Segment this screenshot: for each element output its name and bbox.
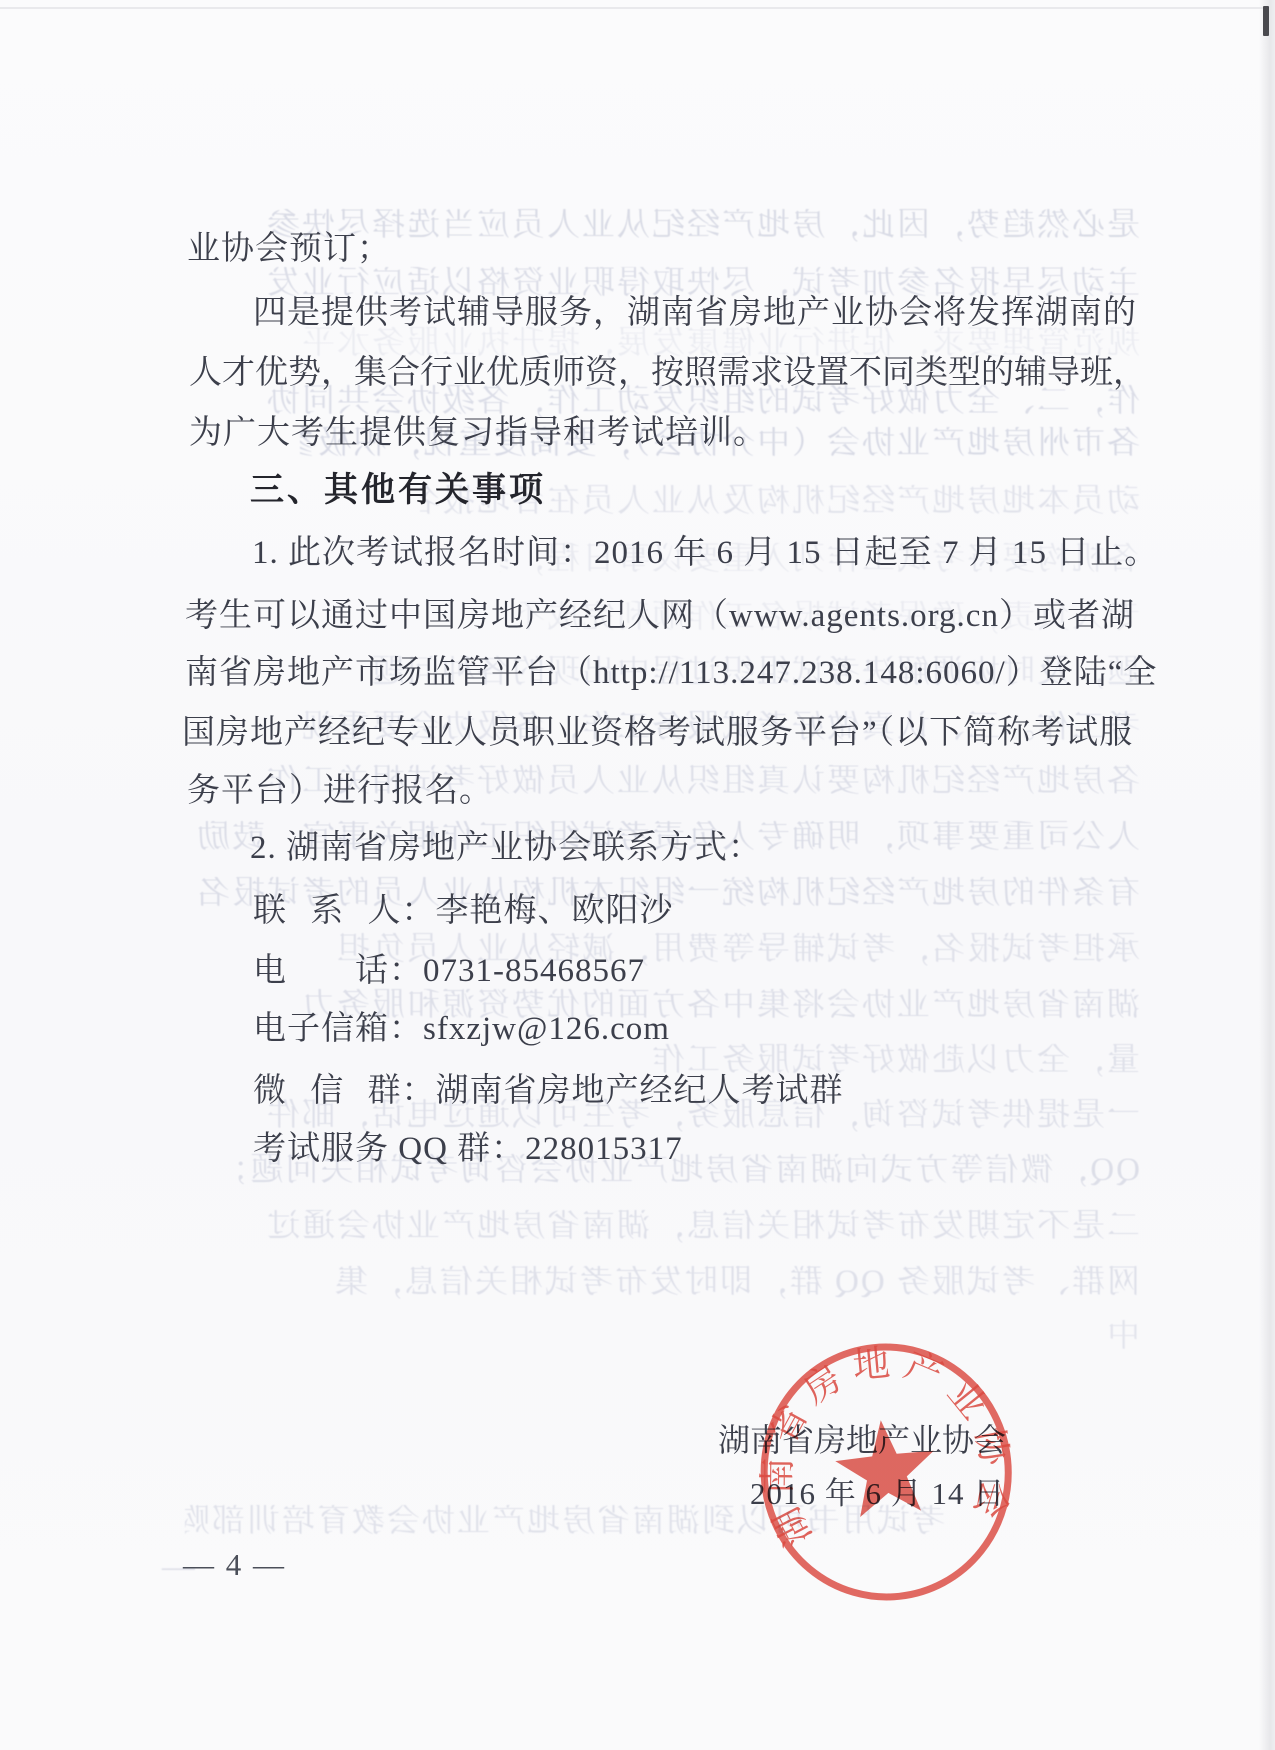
section-heading: 三、其他有关事项 [250,473,546,507]
scan-right-edge-shadow [1259,0,1275,1750]
bleedthrough-text-line: — [85,1551,195,1584]
scanned-document-page: 是必然趋势，因此，房地产经纪从业人员应当选择尽快参主动尽早报名参加考试，尽快取得… [0,0,1275,1750]
page-number: — 4 — [183,1547,286,1583]
bleedthrough-text-line: 二是不定期发布考试相关信息，湖南省房地产业协会通过 [185,1210,1140,1243]
text-line: 为广大考生提供复习指导和考试培训。 [189,417,767,450]
text-line: 人才优势，集合行业优质师资，按照需求设置不同类型的辅导班， [189,357,1146,390]
text-line: 国房地产经纪专业人员职业资格考试服务平台”（以下简称考试服 [182,717,1133,750]
text-line: 务平台）进行报名。 [187,775,493,808]
official-red-seal-stamp: 湖南省房地产业协会 [742,1324,1030,1616]
text-line: 考试服务 QQ 群：228015317 [253,1133,683,1166]
scan-top-edge [0,7,1275,9]
bleedthrough-text-line: 网群、考试服务 QQ 群，即时发布考试相关信息，集 [185,1266,1140,1299]
scan-corner-mark [1263,6,1269,36]
text-line: 联 系 人：李艳梅、欧阳沙 [253,895,674,928]
text-line: 电 话：0731-85468567 [253,955,645,988]
text-line: 四是提供考试辅导服务，湖南省房地产业协会将发挥湖南的 [253,297,1137,330]
seal-star-icon [832,1415,940,1519]
text-line: 电子信箱：sfxzjw@126.com [253,1013,670,1046]
text-line: 南省房地产市场监管平台（http://113.247.238.148:6060/… [185,657,1157,690]
text-line: 考生可以通过中国房地产经纪人网（www.agents.org.cn）或者湖 [185,600,1135,633]
text-line: 1. 此次考试报名时间：2016 年 6 月 15 日起至 7 月 15 日止。 [252,537,1158,570]
text-line: 2. 湖南省房地产业协会联系方式： [250,832,762,865]
text-line: 业协会预订； [187,233,391,266]
text-line: 微 信 群：湖南省房地产经纪人考试群 [253,1075,844,1108]
